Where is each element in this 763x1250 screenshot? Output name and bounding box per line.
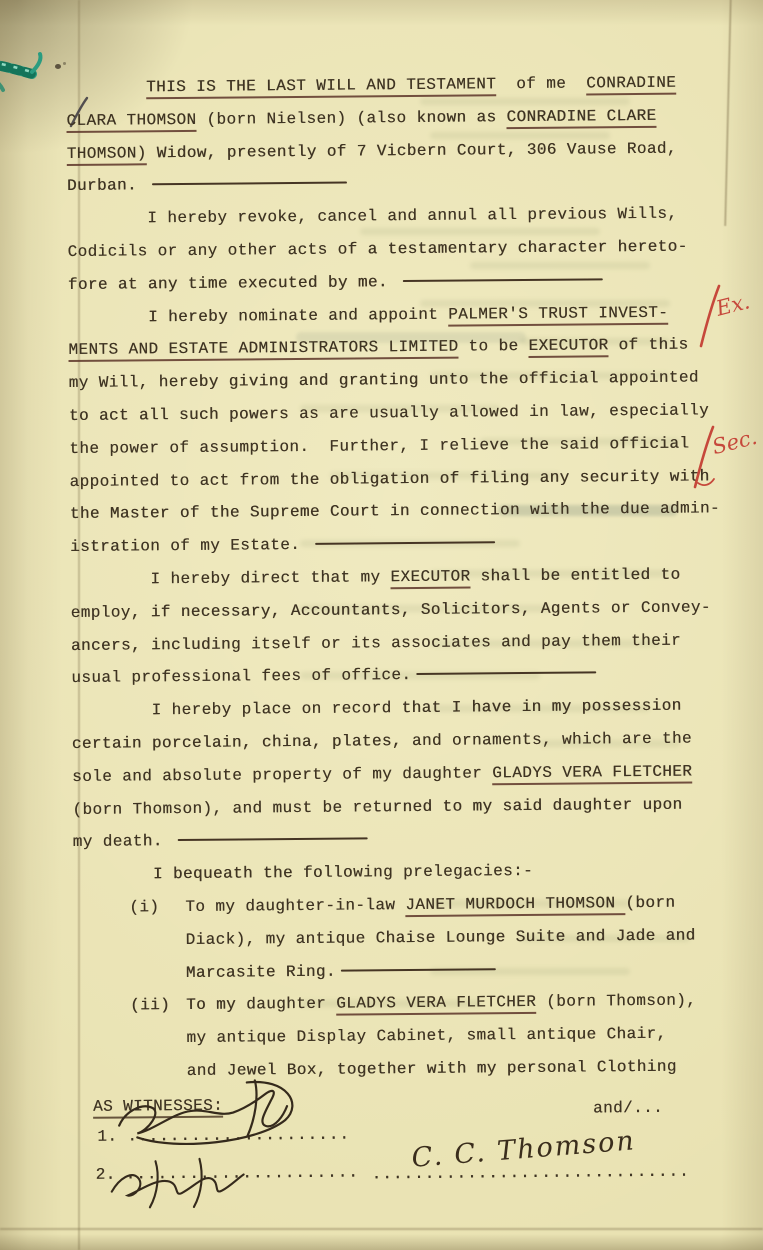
list-marker: (i) [129, 891, 185, 924]
text-segment: To my daughter-in-law [185, 896, 405, 916]
text-segment: GLADYS VERA FLETCHER [492, 762, 692, 785]
typed-rule [403, 278, 603, 282]
text-segment: THOMSON) [67, 144, 147, 166]
text-segment: I hereby place on record that I have in … [151, 697, 681, 720]
text-segment: Codicils or any other acts of a testamen… [67, 238, 687, 261]
text-segment: the Master of the Supreme Court in conne… [70, 500, 720, 524]
typed-rule [178, 838, 368, 842]
text-segment: certain porcelain, china, plates, and or… [72, 730, 692, 753]
text-segment: PALMER'S TRUST INVEST- [448, 303, 668, 326]
text-segment: my Will, hereby giving and granting unto… [69, 369, 699, 392]
text-segment: to act all such powers as are usually al… [69, 401, 709, 425]
text-segment: employ, if necessary, Accountants, Solic… [71, 598, 711, 622]
text-segment: Durban. [67, 177, 147, 196]
text-segment: I hereby revoke, cancel and annul all pr… [147, 205, 677, 228]
punch-hole [55, 64, 61, 69]
will-text-block: THIS IS THE LAST WILL AND TESTAMENT of m… [66, 66, 763, 1089]
text-segment: shall be entitled to [470, 566, 680, 586]
text-segment: (born [625, 894, 675, 912]
text-segment: istration of my Estate. [70, 536, 310, 556]
text-segment: Widow, presently of 7 Vicbern Court, 306… [147, 139, 677, 162]
text-segment: CONRADINE [586, 74, 676, 96]
typed-rule [315, 541, 495, 545]
typed-rule [152, 182, 347, 186]
text-segment: the power of assumption. Further, I reli… [69, 434, 689, 457]
text-segment: fore at any time executed by me. [68, 273, 398, 294]
document-lines: THIS IS THE LAST WILL AND TESTAMENT of m… [66, 66, 763, 1089]
text-segment: (born Nielsen) (also known as [196, 108, 506, 129]
treasury-tag-thread-icon [0, 48, 74, 96]
text-segment: THIS IS THE LAST WILL AND TESTAMENT [146, 75, 496, 99]
page-bottom-edge [0, 1234, 763, 1250]
text-segment: to be [458, 337, 528, 356]
text-segment: (born Thomson), [536, 992, 696, 1011]
text-segment: sole and absolute property of my daughte… [72, 764, 492, 786]
text-segment: usual professional fees of office. [71, 666, 411, 687]
text-segment: EXECUTOR [390, 567, 470, 589]
witness-signature-1 [105, 1070, 316, 1154]
bottom-fold-crease [0, 1228, 763, 1230]
text-segment: ancers, including itself or its associat… [71, 631, 681, 654]
text-segment: EXECUTOR [528, 337, 608, 359]
text-segment: my death. [73, 832, 173, 851]
text-segment: of me [496, 74, 586, 93]
text-segment: of this [608, 336, 688, 355]
text-segment: JANET MURDOCH THOMSON [405, 894, 625, 917]
text-segment: CLARA THOMSON [66, 111, 196, 133]
text-segment: Diack), my antique Chaise Lounge Suite a… [185, 926, 695, 948]
witness-signature-2 [103, 1148, 254, 1211]
text-segment: I bequeath the following prelegacies:- [153, 862, 533, 883]
catchword: and/... [593, 1099, 663, 1118]
scanned-will-page: THIS IS THE LAST WILL AND TESTAMENT of m… [0, 0, 763, 1250]
text-segment: To my daughter [186, 995, 336, 1014]
text-segment: Marcasite Ring. [186, 962, 336, 981]
text-segment: I hereby direct that my [150, 568, 390, 588]
text-segment: CONRADINE CLARE [506, 107, 656, 129]
typed-rule [341, 968, 496, 971]
typed-rule [416, 672, 596, 676]
text-segment: I hereby nominate and appoint [148, 305, 448, 326]
text-segment: (born Thomson), and must be returned to … [72, 795, 682, 818]
text-segment: GLADYS VERA FLETCHER [336, 993, 536, 1016]
text-segment: MENTS AND ESTATE ADMINISTRATORS LIMITED [68, 338, 458, 362]
paper-speck [63, 62, 66, 65]
text-segment: appointed to act from the obligation of … [69, 467, 709, 491]
red-slash-mark-2 [690, 420, 716, 494]
list-marker: (ii) [130, 989, 186, 1022]
text-segment: my antique Display Cabinet, small antiqu… [186, 1025, 666, 1047]
